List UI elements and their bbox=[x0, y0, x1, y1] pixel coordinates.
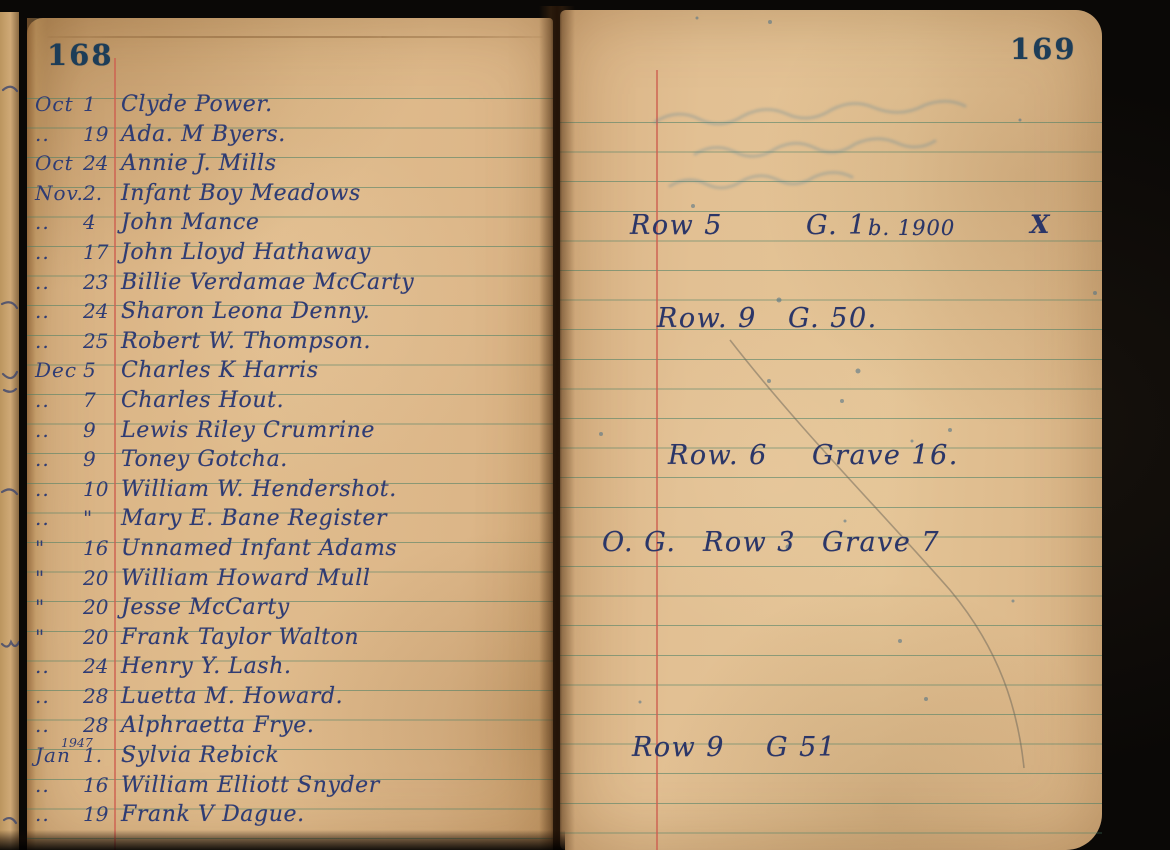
burial-entries-list: Oct 1 Clyde Power. .. 19 Ada. M Byers. O… bbox=[35, 92, 551, 832]
entry-month: .. bbox=[35, 802, 83, 826]
ledger-row: Dec 5 Charles K Harris bbox=[35, 358, 551, 388]
ledger-row: .. 7 Charles Hout. bbox=[35, 388, 551, 418]
entry-day: 20 bbox=[83, 566, 121, 590]
top-edge-crease bbox=[47, 36, 543, 38]
ledger-row: .. 28 Alphraetta Frye. bbox=[35, 713, 551, 743]
ledger-row: 1947 Jan 1. Sylvia Rebick bbox=[35, 743, 551, 773]
entry-day: 19 bbox=[83, 122, 121, 146]
ledger-row: .. 23 Billie Verdamae McCarty bbox=[35, 270, 551, 300]
entry-month: .. bbox=[35, 299, 83, 323]
entry-name: John Lloyd Hathaway bbox=[121, 240, 551, 265]
entry-name: John Mance bbox=[121, 210, 551, 235]
entry-name: Frank V Dague. bbox=[121, 802, 551, 827]
entry-name: Clyde Power. bbox=[121, 92, 551, 117]
cutoff-ink-fragments bbox=[0, 12, 19, 850]
entry-name: Annie J. Mills bbox=[121, 151, 551, 176]
entry-name: Henry Y. Lash. bbox=[121, 654, 551, 679]
entry-day: " bbox=[83, 506, 121, 530]
ledger-row: .. 17 John Lloyd Hathaway bbox=[35, 240, 551, 270]
ledger-row: " 16 Unnamed Infant Adams bbox=[35, 536, 551, 566]
bottom-page-shadow bbox=[0, 830, 565, 850]
entry-day: 9 bbox=[83, 418, 121, 442]
entry-month: " bbox=[35, 625, 83, 649]
entry-month: .. bbox=[35, 122, 83, 146]
entry-month: .. bbox=[35, 388, 83, 412]
entry-day: 2. bbox=[83, 181, 121, 205]
page-number-right: 169 bbox=[1010, 32, 1077, 66]
entry-month: Nov. bbox=[35, 181, 83, 205]
ledger-row: .. 28 Luetta M. Howard. bbox=[35, 684, 551, 714]
entry-day: 20 bbox=[83, 595, 121, 619]
entry-name: Charles K Harris bbox=[121, 358, 551, 383]
entry-day: 4 bbox=[83, 210, 121, 234]
entry-day: 28 bbox=[83, 713, 121, 737]
entry-month: .. bbox=[35, 713, 83, 737]
entry-name: Billie Verdamae McCarty bbox=[121, 270, 551, 295]
ledger-row: .. 25 Robert W. Thompson. bbox=[35, 329, 551, 359]
entry-day: 17 bbox=[83, 240, 121, 264]
entry-month: " bbox=[35, 595, 83, 619]
entry-name: Toney Gotcha. bbox=[121, 447, 551, 472]
ledger-row: .. 9 Lewis Riley Crumrine bbox=[35, 418, 551, 448]
entry-day: 25 bbox=[83, 329, 121, 353]
entry-name: Jesse McCarty bbox=[121, 595, 551, 620]
entry-day: 24 bbox=[83, 654, 121, 678]
ledger-book-scan: 168 Oct 1 Clyde Power. .. 19 Ada. M Byer… bbox=[0, 0, 1170, 850]
entry-day: 24 bbox=[83, 299, 121, 323]
entry-name: Charles Hout. bbox=[121, 388, 551, 413]
entry-month: .. bbox=[35, 654, 83, 678]
entry-month: .. bbox=[35, 418, 83, 442]
entry-month: .. bbox=[35, 684, 83, 708]
entry-name: William W. Hendershot. bbox=[121, 477, 551, 502]
entry-name: Ada. M Byers. bbox=[121, 122, 551, 147]
ledger-row: .. 19 Frank V Dague. bbox=[35, 802, 551, 832]
ledger-row: " 20 Frank Taylor Walton bbox=[35, 625, 551, 655]
entry-name: Luetta M. Howard. bbox=[121, 684, 551, 709]
bleedthrough-ghost-writing bbox=[615, 92, 1085, 222]
entry-name: Robert W. Thompson. bbox=[121, 329, 551, 354]
entry-day: 24 bbox=[83, 151, 121, 175]
entry-day: 28 bbox=[83, 684, 121, 708]
entry-name: Sharon Leona Denny. bbox=[121, 299, 551, 324]
entry-name: William Howard Mull bbox=[121, 566, 551, 591]
entry-name: Unnamed Infant Adams bbox=[121, 536, 551, 561]
entry-month: .. bbox=[35, 447, 83, 471]
ledger-row: .. 24 Henry Y. Lash. bbox=[35, 654, 551, 684]
ledger-row: .. 4 John Mance bbox=[35, 210, 551, 240]
entry-name: Frank Taylor Walton bbox=[121, 625, 551, 650]
entry-month: Oct bbox=[35, 92, 83, 116]
ledger-row: Oct 24 Annie J. Mills bbox=[35, 151, 551, 181]
entry-day: 16 bbox=[83, 773, 121, 797]
entry-month: Oct bbox=[35, 151, 83, 175]
ledger-row: .. " Mary E. Bane Register bbox=[35, 506, 551, 536]
ledger-row: .. 24 Sharon Leona Denny. bbox=[35, 299, 551, 329]
entry-day: 10 bbox=[83, 477, 121, 501]
entry-month: .. bbox=[35, 329, 83, 353]
ledger-row: Oct 1 Clyde Power. bbox=[35, 92, 551, 122]
ledger-row: .. 10 William W. Hendershot. bbox=[35, 477, 551, 507]
entry-day: 9 bbox=[83, 447, 121, 471]
entry-month: .. bbox=[35, 506, 83, 530]
entry-name: Mary E. Bane Register bbox=[121, 506, 551, 531]
entry-day: 23 bbox=[83, 270, 121, 294]
entry-day: 1 bbox=[83, 92, 121, 116]
ledger-row: .. 9 Toney Gotcha. bbox=[35, 447, 551, 477]
entry-name: Lewis Riley Crumrine bbox=[121, 418, 551, 443]
entry-month: " bbox=[35, 536, 83, 560]
entry-day: 5 bbox=[83, 358, 121, 382]
ledger-row: .. 19 Ada. M Byers. bbox=[35, 122, 551, 152]
book-gutter bbox=[539, 6, 575, 850]
entry-month: .. bbox=[35, 773, 83, 797]
previous-page-sliver bbox=[0, 12, 19, 850]
entry-year-superscript: 1947 bbox=[61, 735, 93, 750]
entry-month: .. bbox=[35, 477, 83, 501]
entry-day: 7 bbox=[83, 388, 121, 412]
entry-name: Infant Boy Meadows bbox=[121, 181, 551, 206]
entry-day: 19 bbox=[83, 802, 121, 826]
entry-month: " bbox=[35, 566, 83, 590]
entry-month: Dec bbox=[35, 358, 83, 382]
ledger-row: .. 16 William Elliott Snyder bbox=[35, 773, 551, 803]
ledger-row: " 20 Jesse McCarty bbox=[35, 595, 551, 625]
entry-day: 20 bbox=[83, 625, 121, 649]
left-page: 168 Oct 1 Clyde Power. .. 19 Ada. M Byer… bbox=[27, 18, 553, 850]
page-number-left: 168 bbox=[47, 38, 114, 72]
entry-name: Sylvia Rebick bbox=[121, 743, 551, 768]
ruled-lines-right bbox=[560, 122, 1102, 846]
entry-day: 16 bbox=[83, 536, 121, 560]
entry-month: .. bbox=[35, 270, 83, 294]
ledger-row: " 20 William Howard Mull bbox=[35, 566, 551, 596]
entry-name: Alphraetta Frye. bbox=[121, 713, 551, 738]
ledger-row: Nov. 2. Infant Boy Meadows bbox=[35, 181, 551, 211]
entry-name: William Elliott Snyder bbox=[121, 773, 551, 798]
entry-month: .. bbox=[35, 210, 83, 234]
entry-month: .. bbox=[35, 240, 83, 264]
